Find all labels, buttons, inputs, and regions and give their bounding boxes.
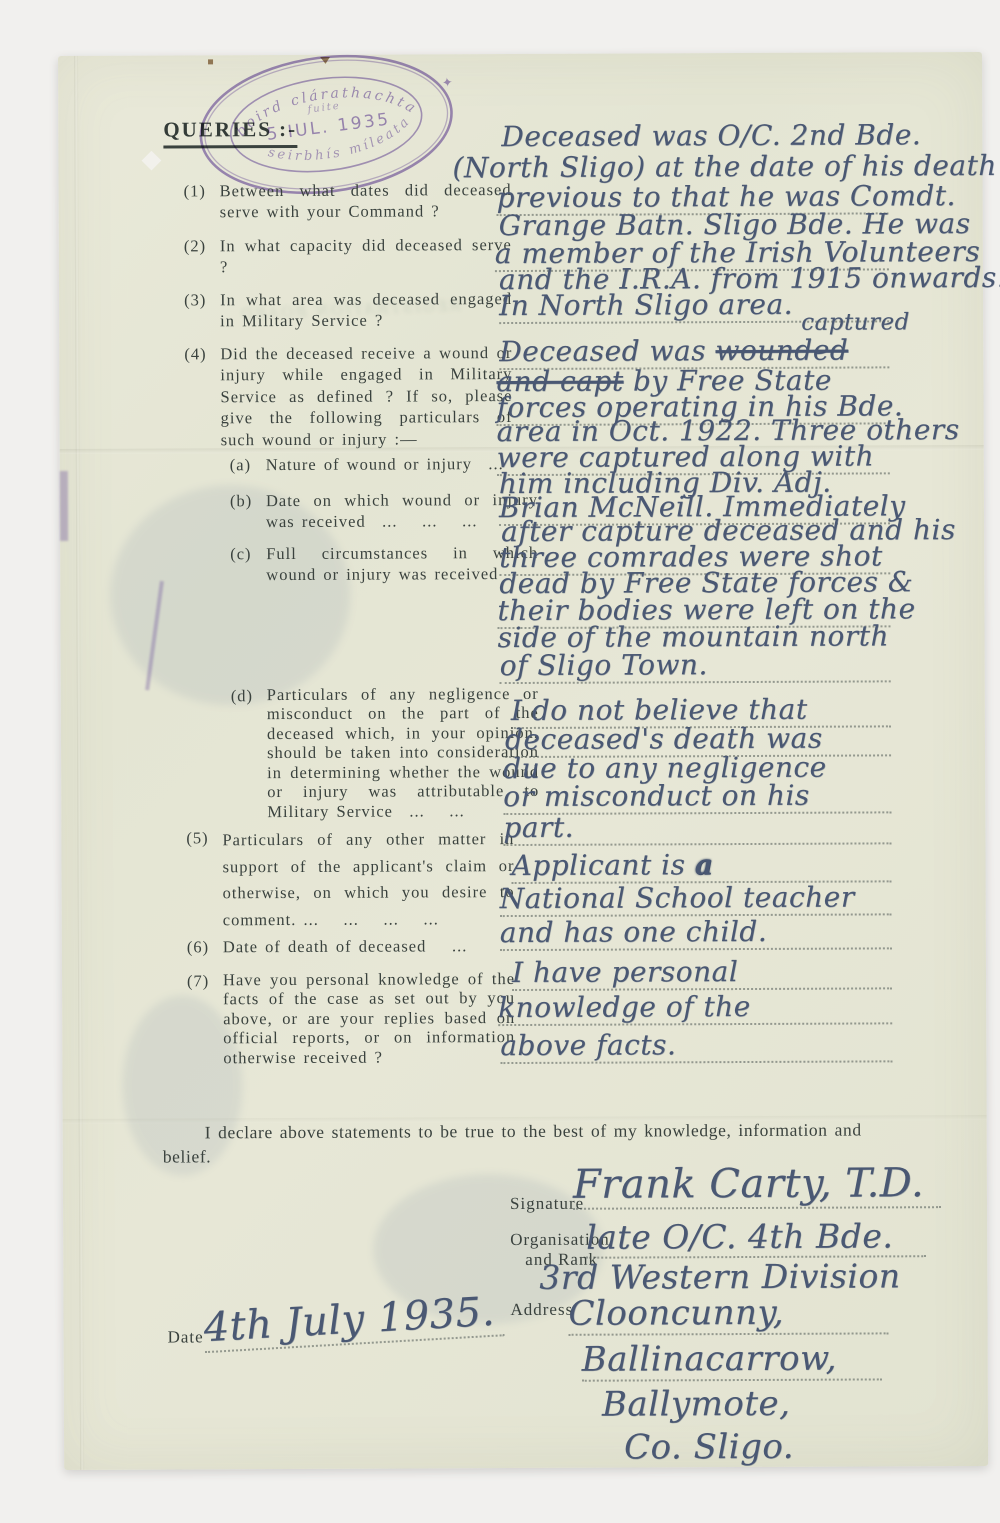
organisation-rank-handwriting: 3rd Western Division bbox=[539, 1256, 900, 1297]
question-text: Particulars of any other matter in suppo… bbox=[222, 826, 514, 934]
form-paper: REGISTRATION BOARD QUERIES :- boird clár… bbox=[58, 52, 988, 1470]
vertical-crease bbox=[74, 56, 84, 1470]
date-label: Date bbox=[168, 1327, 204, 1347]
address-handwriting: Ballinacarrow, bbox=[582, 1338, 882, 1381]
address-label: Address bbox=[510, 1300, 573, 1320]
question-number: (5) bbox=[186, 827, 222, 934]
ink-blot-text: a bbox=[695, 848, 714, 881]
question-number: (d) bbox=[231, 685, 268, 821]
question-number: (7) bbox=[187, 970, 223, 1067]
address-handwriting: Co. Sligo. bbox=[624, 1427, 794, 1468]
question-number: (b) bbox=[230, 490, 266, 533]
question-6: (6)Date of death of deceased ... bbox=[187, 935, 537, 958]
address-handwriting: Ballymote, bbox=[602, 1384, 791, 1425]
question-number: (4) bbox=[184, 343, 220, 450]
ink-smudge bbox=[60, 471, 68, 541]
answer-line: part. bbox=[503, 809, 891, 846]
question-text: Have you personal knowledge of the facts… bbox=[223, 969, 515, 1068]
answer-line: Applicant is a bbox=[511, 847, 891, 884]
question-number: (2) bbox=[184, 235, 220, 278]
answer-line: captured bbox=[801, 309, 910, 335]
question-7: (7)Have you personal knowledge of the fa… bbox=[187, 969, 537, 1068]
answer-line: of Sligo Town. bbox=[500, 647, 891, 684]
question-text: Between what dates did deceased serve wi… bbox=[220, 179, 512, 223]
signature-handwriting: Frank Carty, T.D. bbox=[573, 1160, 941, 1210]
question-text: Date of death of deceased ... bbox=[223, 935, 515, 958]
date-handwriting: 4th July 1935. bbox=[202, 1288, 504, 1353]
question-number: (3) bbox=[184, 289, 220, 332]
stamp-star-icon: ✦ bbox=[441, 74, 454, 90]
question-number: (6) bbox=[187, 936, 223, 958]
answer-line: knowledge of the bbox=[498, 989, 892, 1026]
question-5: (5)Particulars of any other matter in su… bbox=[186, 826, 536, 934]
answer-line: above facts. bbox=[500, 1027, 892, 1064]
question-text: Full circumstances in which wound or inj… bbox=[266, 542, 538, 586]
question-1: (1)Between what dates did deceased serve… bbox=[184, 179, 534, 223]
question-4: (4)Did the deceased receive a wound or i… bbox=[184, 342, 534, 451]
paper-hole-defect bbox=[142, 151, 162, 171]
address-handwriting: Clooncunny, bbox=[568, 1292, 888, 1335]
question-number: (a) bbox=[230, 454, 266, 476]
question-text: Date on which wound or injury was receiv… bbox=[266, 489, 538, 533]
answer-line: I have personal bbox=[512, 954, 892, 991]
scanned-document-photo: REGISTRATION BOARD QUERIES :- boird clár… bbox=[0, 0, 1000, 1523]
ink-smudge bbox=[145, 581, 164, 691]
question-text: Did the deceased receive a wound or inju… bbox=[220, 342, 512, 450]
organisation-rank-handwriting: late O/C. 4th Bde. bbox=[586, 1216, 926, 1258]
question-number: (c) bbox=[230, 543, 266, 586]
struck-out-text: wounded bbox=[715, 334, 848, 368]
question-2: (2)In what capacity did deceased serve ? bbox=[184, 234, 534, 278]
question-text: In what area was deceased engaged in Mil… bbox=[220, 288, 512, 332]
answer-line: National School teacher bbox=[500, 880, 892, 917]
answer-line: and has one child. bbox=[500, 914, 892, 951]
question-text: In what capacity did deceased serve ? bbox=[220, 234, 512, 278]
question-3: (3)In what area was deceased engaged in … bbox=[184, 288, 534, 332]
question-text: Particulars of any negligence or miscond… bbox=[267, 684, 540, 821]
answer-line: Deceased was O/C. 2nd Bde. bbox=[501, 118, 921, 153]
question-number: (1) bbox=[184, 180, 220, 223]
